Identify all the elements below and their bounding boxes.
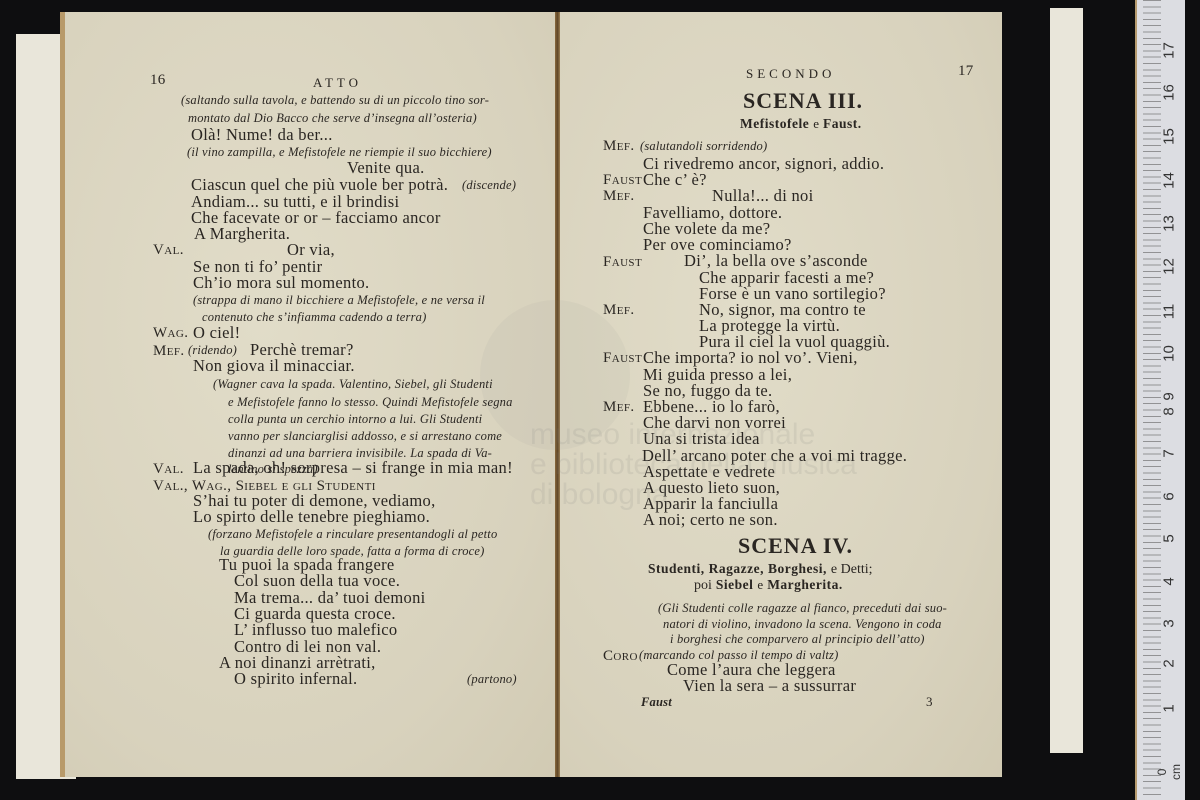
watermark-line: di bologna [530, 478, 668, 511]
ruler-label: 10 [1161, 342, 1178, 366]
ruler-ticks [1143, 0, 1161, 800]
watermark: museo internazionale e biblioteca della … [530, 420, 857, 510]
character-name: Ragazze, [709, 561, 764, 576]
conjunction: e [757, 577, 763, 592]
footer-number: 3 [926, 694, 933, 710]
ruler-label: 1 [1161, 697, 1178, 721]
character-name: Mefistofele [740, 116, 809, 131]
page-number: 16 [150, 72, 166, 89]
verse-line: A Margherita. [194, 224, 290, 244]
backing-sheet-right [1050, 8, 1083, 753]
ruler-label: 7 [1161, 442, 1178, 466]
speaker-label: Faust [603, 350, 642, 367]
verse-line: Ch’io mora sul momento. [193, 273, 369, 293]
ruler-label: 4 [1161, 570, 1178, 594]
character-name: Borghesi, [768, 561, 827, 576]
scene-title: SCENA III. [743, 88, 863, 114]
speaker-label: Coro [603, 648, 638, 665]
ruler-label: 6 [1161, 485, 1178, 509]
running-head: ATTO [313, 75, 362, 91]
speaker-label: Mef. [153, 343, 185, 360]
ruler-label: 5 [1161, 527, 1178, 551]
speaker-label: Mef. [603, 399, 635, 416]
ruler-label: 17 [1161, 39, 1178, 63]
verse-line: O spirito infernal. [234, 669, 357, 689]
speaker-label: Wag. [153, 325, 188, 342]
watermark-line: e biblioteca della musica [530, 448, 857, 481]
character-note: e Detti; [831, 562, 873, 577]
stage-aside: (discende) [462, 178, 516, 193]
character-name: Margherita. [767, 577, 843, 592]
ruler-label: 11 [1161, 300, 1178, 324]
stage-direction: (forzano Mefistofele a rinculare present… [208, 527, 497, 542]
stage-direction: (Wagner cava la spada. Valentino, Siebel… [213, 377, 493, 392]
footer-signature: Faust [641, 695, 672, 710]
ruler-label: 14 [1161, 169, 1178, 193]
character-name: Faust. [823, 116, 862, 131]
stage-direction: montato dal Dio Bacco che serve d’insegn… [188, 111, 477, 126]
character-name: Siebel [716, 577, 754, 592]
stage-direction: vanno per slanciarglisi addosso, e si ar… [228, 429, 502, 444]
speaker-label: Faust [603, 172, 642, 189]
verse-line: O ciel! [193, 323, 240, 343]
stage-direction: (il vino zampilla, e Mefistofele ne riem… [187, 145, 492, 160]
character-note: poi [694, 578, 712, 593]
stage-direction: (strappa di mano il bicchiere a Mefistof… [193, 293, 485, 308]
conjunction: e [813, 116, 819, 131]
ruler-label: 9 [1161, 385, 1178, 409]
scene-title: SCENA IV. [738, 533, 853, 559]
watermark-line: museo internazionale [530, 418, 815, 451]
ruler-label: 16 [1161, 81, 1178, 105]
speaker-label: Mef. [603, 188, 635, 205]
ruler-label: 0 cm [1155, 760, 1183, 784]
verse-line: Non giova il minacciar. [193, 356, 355, 376]
stage-direction: colla punta un cerchio intorno a lui. Gl… [228, 412, 482, 427]
page-number: 17 [958, 63, 974, 80]
ruler-label: 3 [1161, 612, 1178, 636]
stage-aside: (partono) [467, 672, 517, 687]
stage-direction: (Gli Studenti colle ragazze al fianco, p… [658, 601, 947, 616]
speaker-label: Mef. [603, 302, 635, 319]
ruler-label: 15 [1161, 125, 1178, 149]
ruler-label: 2 [1161, 652, 1178, 676]
verse-line: Lo spirto delle tenebre pieghiamo. [193, 507, 430, 527]
verse-line: Vien la sera – a sussurrar [683, 676, 856, 696]
verse-line: A noi; certo ne son. [643, 510, 778, 530]
scene-characters: poi Siebel e Margherita. [694, 576, 843, 594]
speaker-label: Mef. [603, 138, 635, 155]
verse-line: Che c’ è? [643, 170, 707, 190]
verse-line: Olà! Nume! da ber... [191, 125, 333, 145]
running-head: SECONDO [746, 66, 835, 82]
measuring-ruler: 0 cm 1 2 3 4 5 6 7 8 9 10 11 12 13 14 15… [1135, 0, 1185, 800]
stage-direction: natori di violino, invadono la scena. Ve… [663, 617, 942, 632]
speaker-label: Faust [603, 254, 642, 271]
stage-direction: e Mefistofele fanno lo stesso. Quindi Me… [228, 395, 513, 410]
stage-aside: (salutandoli sorridendo) [640, 139, 767, 154]
stage-direction: i borghesi che comparvero al principio d… [670, 632, 925, 647]
verse-line: La spada, oh! sorpresa – si frange in mi… [193, 458, 513, 478]
stage-direction: (saltando sulla tavola, e battendo su di… [181, 93, 489, 108]
character-name: Studenti, [648, 561, 705, 576]
speaker-label: Val. [153, 461, 184, 478]
ruler-label: 13 [1161, 212, 1178, 236]
scene-characters: Mefistofele e Faust. [740, 115, 862, 133]
ruler-label: 12 [1161, 255, 1178, 279]
speaker-label: Val. [153, 242, 184, 259]
